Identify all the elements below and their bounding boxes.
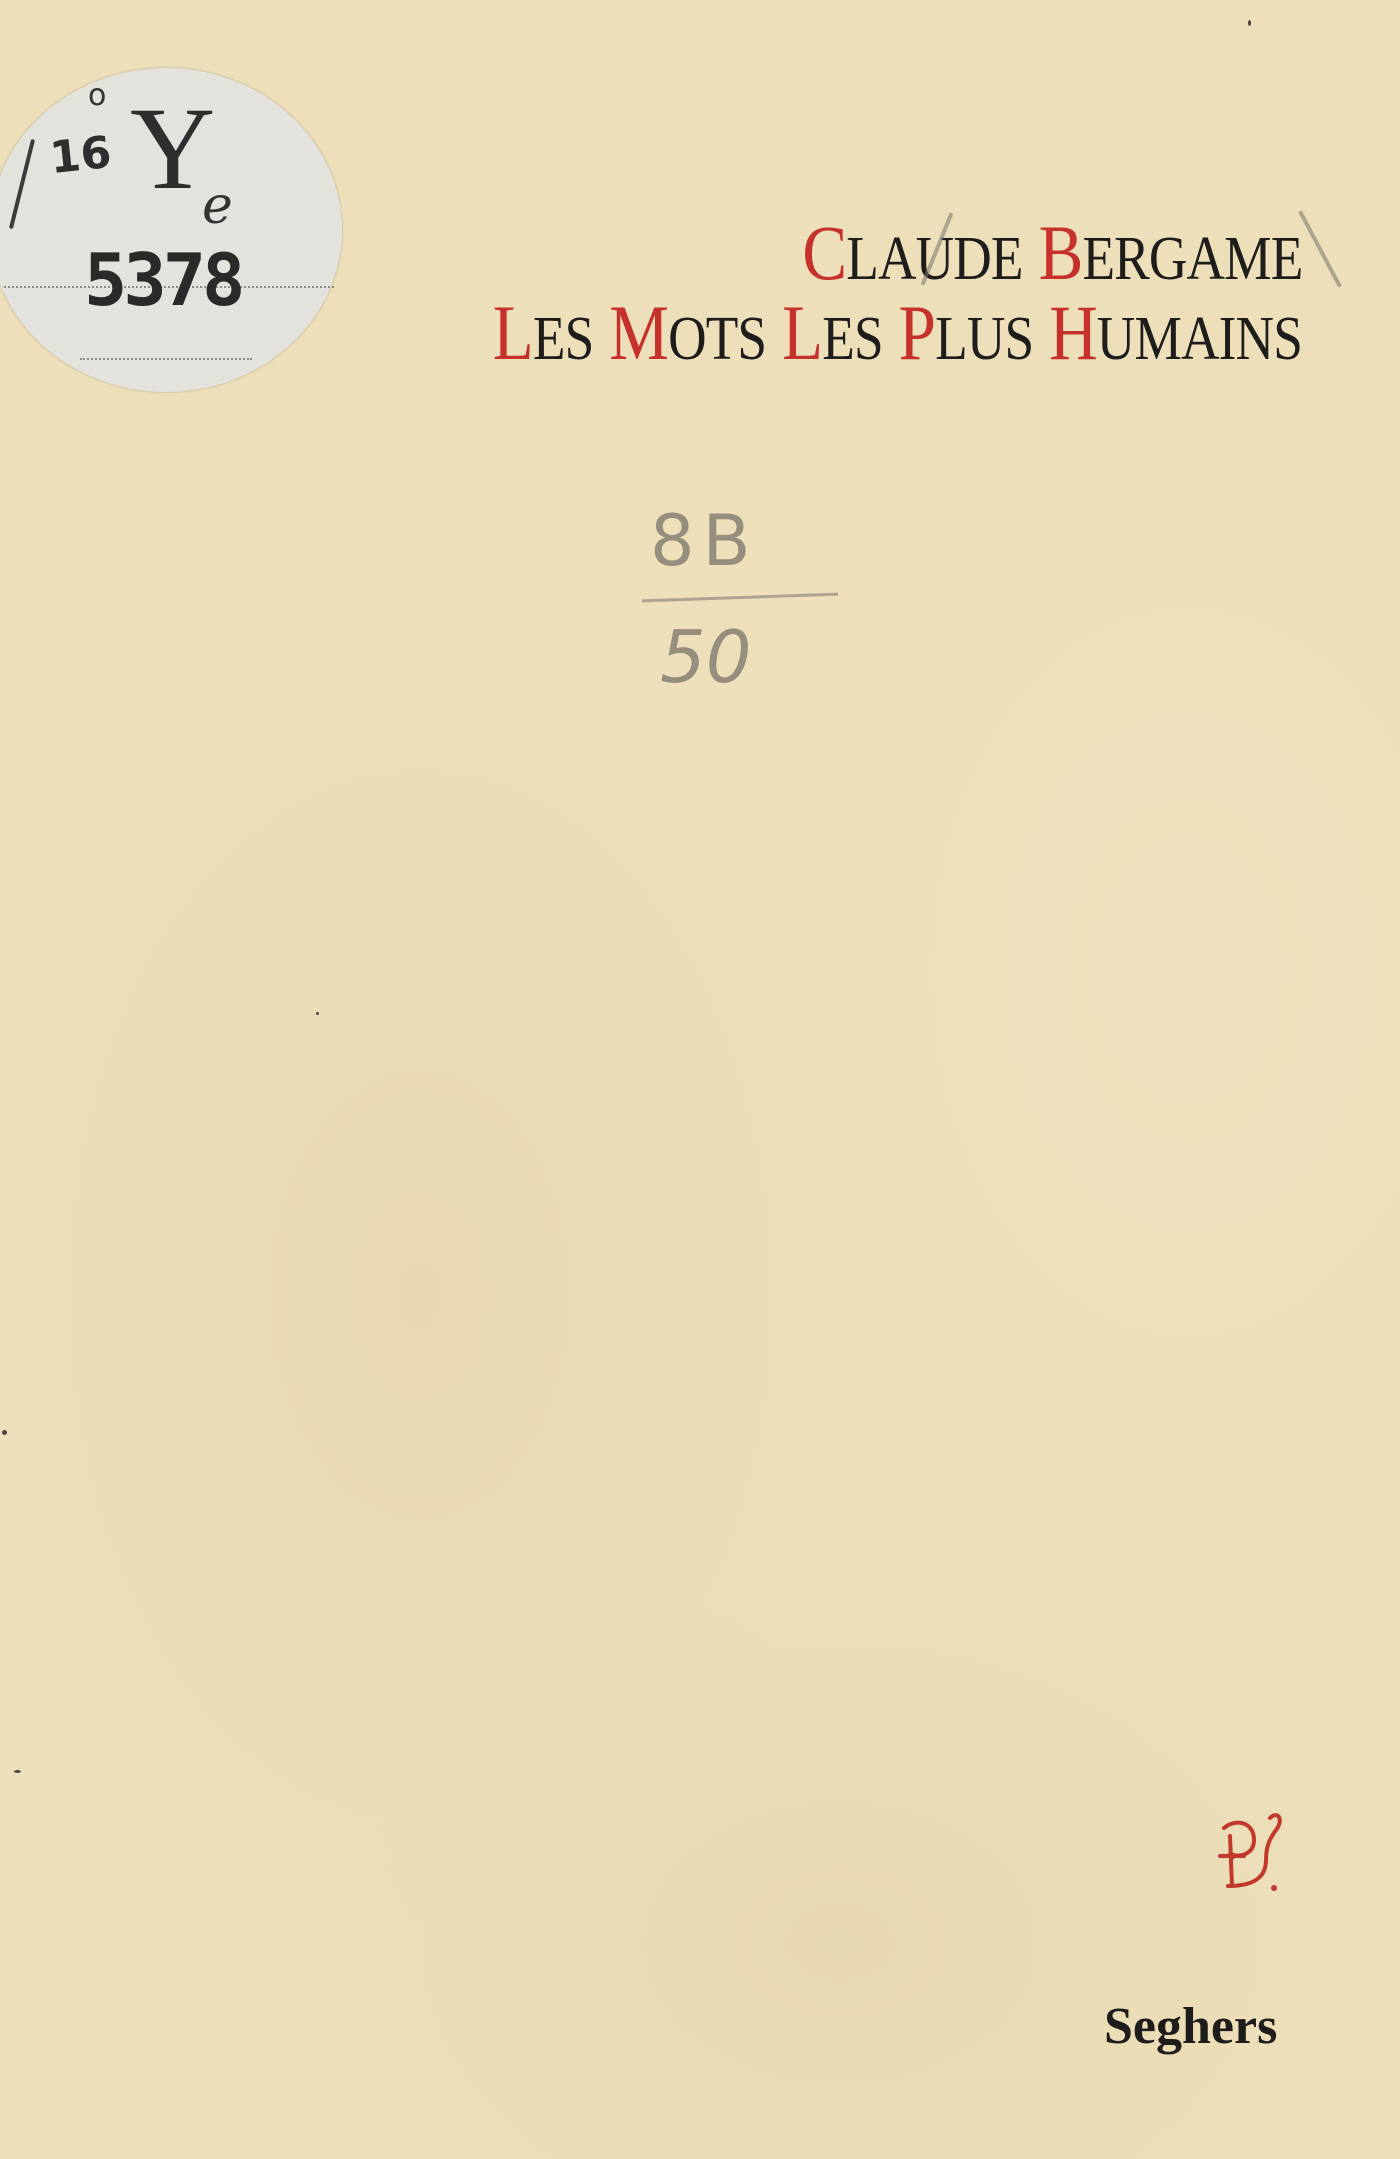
pencil-denominator: 50 <box>660 615 752 699</box>
title-initial: L <box>782 289 822 376</box>
title-word-rest: OTS <box>668 305 766 373</box>
shelfmark-degree: o <box>88 78 106 113</box>
pencil-fraction-bar <box>642 593 838 603</box>
sticker-dotted-line <box>80 358 252 360</box>
shelfmark-prefix: 16 <box>48 127 114 184</box>
book-title: LES MOTS LES PLUS HUMAINS <box>493 294 1302 372</box>
library-shelfmark-sticker: o 16 Y e 5378 <box>0 68 342 392</box>
author-name: CLAUDE BERGAME <box>802 214 1302 292</box>
paper-speck <box>1248 20 1251 26</box>
title-initial: M <box>609 289 668 376</box>
title-initial: L <box>493 289 533 376</box>
shelfmark-subscript: e <box>202 176 233 236</box>
author-first-initial: C <box>802 209 846 296</box>
author-last-rest: ERGAME <box>1082 225 1302 293</box>
author-last-initial: B <box>1038 209 1082 296</box>
publisher-monogram-icon <box>1206 1806 1296 1896</box>
pencil-numerator: 8B <box>650 500 759 582</box>
paper-speck <box>2 1430 7 1435</box>
title-word-rest: ES <box>533 305 594 373</box>
shelfmark-number: 5378 <box>84 238 241 322</box>
paper-speck <box>316 1012 319 1015</box>
publisher-name: Seghers <box>1104 1997 1277 2056</box>
title-initial: H <box>1049 289 1097 376</box>
title-word-rest: LUS <box>935 305 1033 373</box>
pencil-annotation: 8B 50 <box>600 500 810 715</box>
title-word-rest: UMAINS <box>1097 305 1302 373</box>
pencil-bracket-mark <box>1298 210 1342 288</box>
handwritten-slash <box>9 139 35 229</box>
title-initial: P <box>899 289 935 376</box>
title-word-rest: ES <box>822 305 883 373</box>
paper-speck <box>14 1770 21 1773</box>
